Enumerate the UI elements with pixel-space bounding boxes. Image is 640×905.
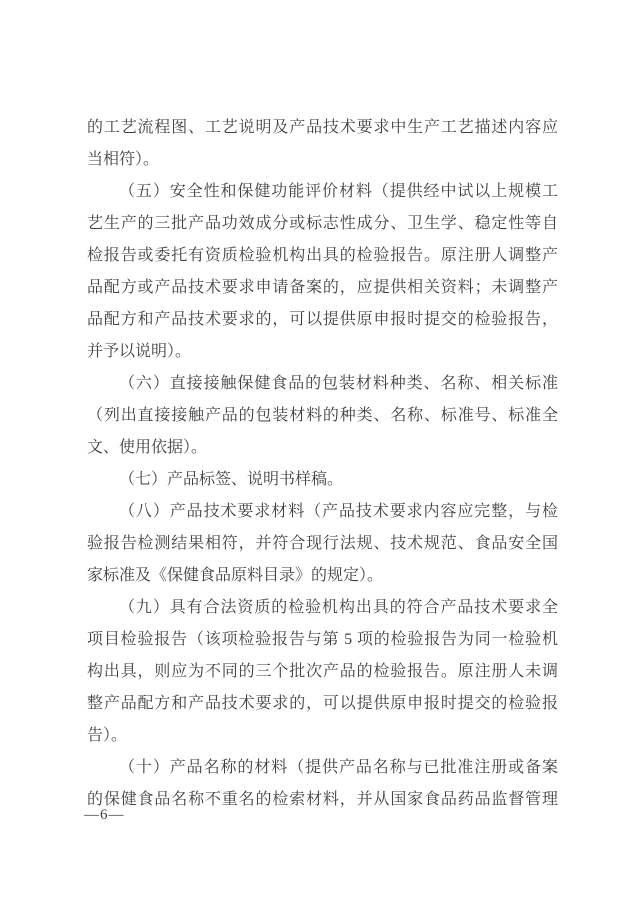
text-line: 整产品配方和产品技术要求的，可以提供原申报时提交的检验报 — [87, 688, 558, 720]
text-line: 艺生产的三批产品功效成分或标志性成分、卫生学、稳定性等自 — [87, 208, 558, 240]
text-line: 告）。 — [87, 720, 558, 752]
text-line: 构出具，则应为不同的三个批次产品的检验报告。原注册人未调 — [87, 656, 558, 688]
text-line-item-6: （六）直接接触保健食品的包装材料种类、名称、相关标准 — [87, 368, 558, 400]
text-line: 品配方和产品技术要求的，可以提供原申报时提交的检验报告， — [87, 304, 558, 336]
text-line: 文、使用依据）。 — [87, 432, 558, 464]
text-line: 的工艺流程图、工艺说明及产品技术要求中生产工艺描述内容应 — [87, 112, 558, 144]
text-line: 检报告或委托有资质检验机构出具的检验报告。原注册人调整产 — [87, 240, 558, 272]
text-line: （列出直接接触产品的包装材料的种类、名称、标准号、标准全 — [87, 400, 558, 432]
text-line-item-7: （七）产品标签、说明书样稿。 — [87, 464, 558, 496]
text-block: 的工艺流程图、工艺说明及产品技术要求中生产工艺描述内容应 当相符）。 （五）安全… — [87, 112, 558, 816]
text-line-item-9: （九）具有合法资质的检验机构出具的符合产品技术要求全 — [87, 592, 558, 624]
text-line-item-10: （十）产品名称的材料（提供产品名称与已批准注册或备案 — [87, 752, 558, 784]
text-line: 家标准及《保健食品原料目录》的规定）。 — [87, 560, 558, 592]
text-line: 项目检验报告（该项检验报告与第 5 项的检验报告为同一检验机 — [87, 624, 558, 656]
text-line: 并予以说明）。 — [87, 336, 558, 368]
document-page: 的工艺流程图、工艺说明及产品技术要求中生产工艺描述内容应 当相符）。 （五）安全… — [0, 0, 640, 905]
text-line-item-5: （五）安全性和保健功能评价材料（提供经中试以上规模工 — [87, 176, 558, 208]
text-line: 验报告检测结果相符，并符合现行法规、技术规范、食品安全国 — [87, 528, 558, 560]
text-line: 的保健食品名称不重名的检索材料，并从国家食品药品监督管理 — [87, 784, 558, 816]
page-number: —6— — [84, 804, 125, 826]
text-line-item-8: （八）产品技术要求材料（产品技术要求内容应完整，与检 — [87, 496, 558, 528]
text-line: 品配方或产品技术要求申请备案的，应提供相关资料；未调整产 — [87, 272, 558, 304]
text-line: 当相符）。 — [87, 144, 558, 176]
